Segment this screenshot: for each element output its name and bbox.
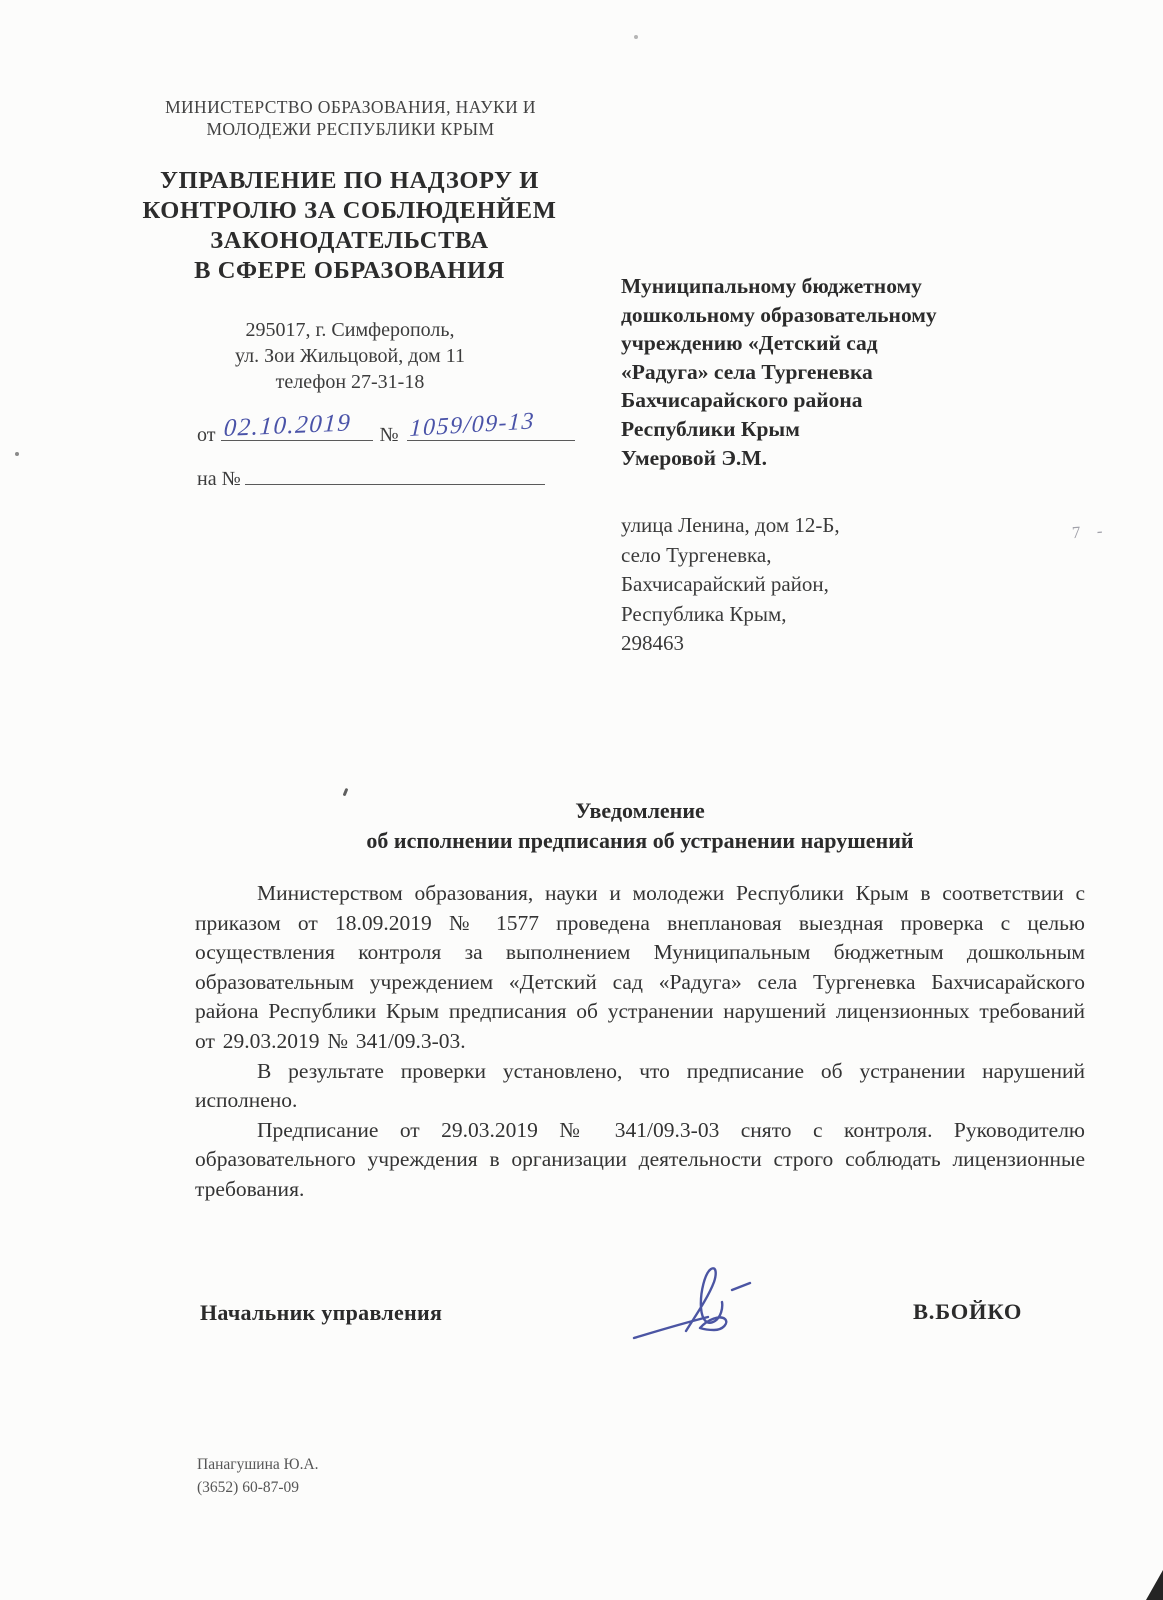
from-label: от — [197, 424, 215, 446]
body-paragraph: Министерством образования, науки и молод… — [195, 879, 1085, 1057]
department-name: УПРАВЛЕНИЕ ПО НАДЗОРУ И КОНТРОЛЮ ЗА СОБЛ… — [112, 166, 587, 286]
recipient-line: Бахчисарайского района — [621, 386, 1033, 415]
recipient-line: учреждению «Детский сад — [621, 329, 1033, 358]
recipient-address-line: 298463 — [621, 629, 1033, 659]
document-title-line: Уведомление — [195, 796, 1085, 826]
handwritten-date: 02.10.2019 — [223, 409, 352, 443]
scanned-letter-page: МИНИСТЕРСТВО ОБРАЗОВАНИЯ, НАУКИ И МОЛОДЕ… — [0, 0, 1163, 1600]
recipient-address-line: Республика Крым, — [621, 600, 1033, 630]
scan-speck — [343, 788, 348, 796]
document-body: Министерством образования, науки и молод… — [195, 879, 1085, 1205]
document-title-line: об исполнении предписания об устранении … — [195, 826, 1085, 856]
sender-address: 295017, г. Симферополь, ул. Зои Жильцово… — [150, 317, 550, 395]
ministry-line: МОЛОДЕЖИ РЕСПУБЛИКИ КРЫМ — [128, 118, 573, 140]
reply-blank-line — [245, 460, 545, 485]
scan-speck — [634, 35, 638, 39]
recipient-line: «Радуга» села Тургеневка — [621, 358, 1033, 387]
sender-address-line: 295017, г. Симферополь, — [150, 317, 550, 343]
recipient-line: дошкольному образовательному — [621, 301, 1033, 330]
recipient-name-block: Муниципальному бюджетному дошкольному об… — [621, 272, 1033, 472]
department-line: ЗАКОНОДАТЕЛЬСТВА — [112, 226, 587, 256]
handwritten-signature — [628, 1256, 770, 1346]
scan-corner-shadow — [1146, 1570, 1163, 1600]
ministry-line: МИНИСТЕРСТВО ОБРАЗОВАНИЯ, НАУКИ И — [128, 96, 573, 118]
reply-label: на № — [197, 468, 241, 490]
executor-contact: Панагушина Ю.А. (3652) 60-87-09 — [197, 1453, 319, 1499]
department-line: КОНТРОЛЮ ЗА СОБЛЮДЕНЙЕМ — [112, 196, 587, 226]
executor-name: Панагушина Ю.А. — [197, 1453, 319, 1476]
recipient-address-line: улица Ленина, дом 12-Б, — [621, 511, 1033, 541]
recipient-address-line: Бахчисарайский район, — [621, 570, 1033, 600]
document-title: Уведомление об исполнении предписания об… — [195, 796, 1085, 856]
body-paragraph: В результате проверки установлено, что п… — [195, 1057, 1085, 1116]
pencil-margin-note: 7 - — [1071, 521, 1109, 543]
handwritten-number: 1059/09-13 — [409, 408, 536, 443]
executor-phone: (3652) 60-87-09 — [197, 1476, 319, 1499]
scan-speck — [15, 452, 19, 456]
sender-address-line: ул. Зои Жильцовой, дом 11 — [150, 343, 550, 369]
signer-name: В.БОЙКО — [913, 1299, 1022, 1325]
signer-position: Начальник управления — [200, 1300, 442, 1326]
recipient-address-line: село Тургеневка, — [621, 541, 1033, 571]
ministry-header: МИНИСТЕРСТВО ОБРАЗОВАНИЯ, НАУКИ И МОЛОДЕ… — [128, 96, 573, 140]
body-paragraph: Предписание от 29.03.2019 № 341/09.3-03 … — [195, 1116, 1085, 1205]
date-blank-line: 02.10.2019 — [221, 416, 373, 441]
recipient-address-block: улица Ленина, дом 12-Б, село Тургеневка,… — [621, 511, 1033, 659]
sender-address-line: телефон 27-31-18 — [150, 369, 550, 395]
department-line: УПРАВЛЕНИЕ ПО НАДЗОРУ И — [112, 166, 587, 196]
recipient-line: Умеровой Э.М. — [621, 444, 1033, 473]
reply-reference-line: на № — [197, 460, 545, 491]
number-sign-label: № — [379, 424, 398, 446]
recipient-line: Республики Крым — [621, 415, 1033, 444]
number-blank-line: 1059/09-13 — [407, 416, 575, 441]
department-line: В СФЕРЕ ОБРАЗОВАНИЯ — [112, 256, 587, 286]
reference-line: от02.10.2019№1059/09-13 — [197, 416, 575, 447]
recipient-line: Муниципальному бюджетному — [621, 272, 1033, 301]
